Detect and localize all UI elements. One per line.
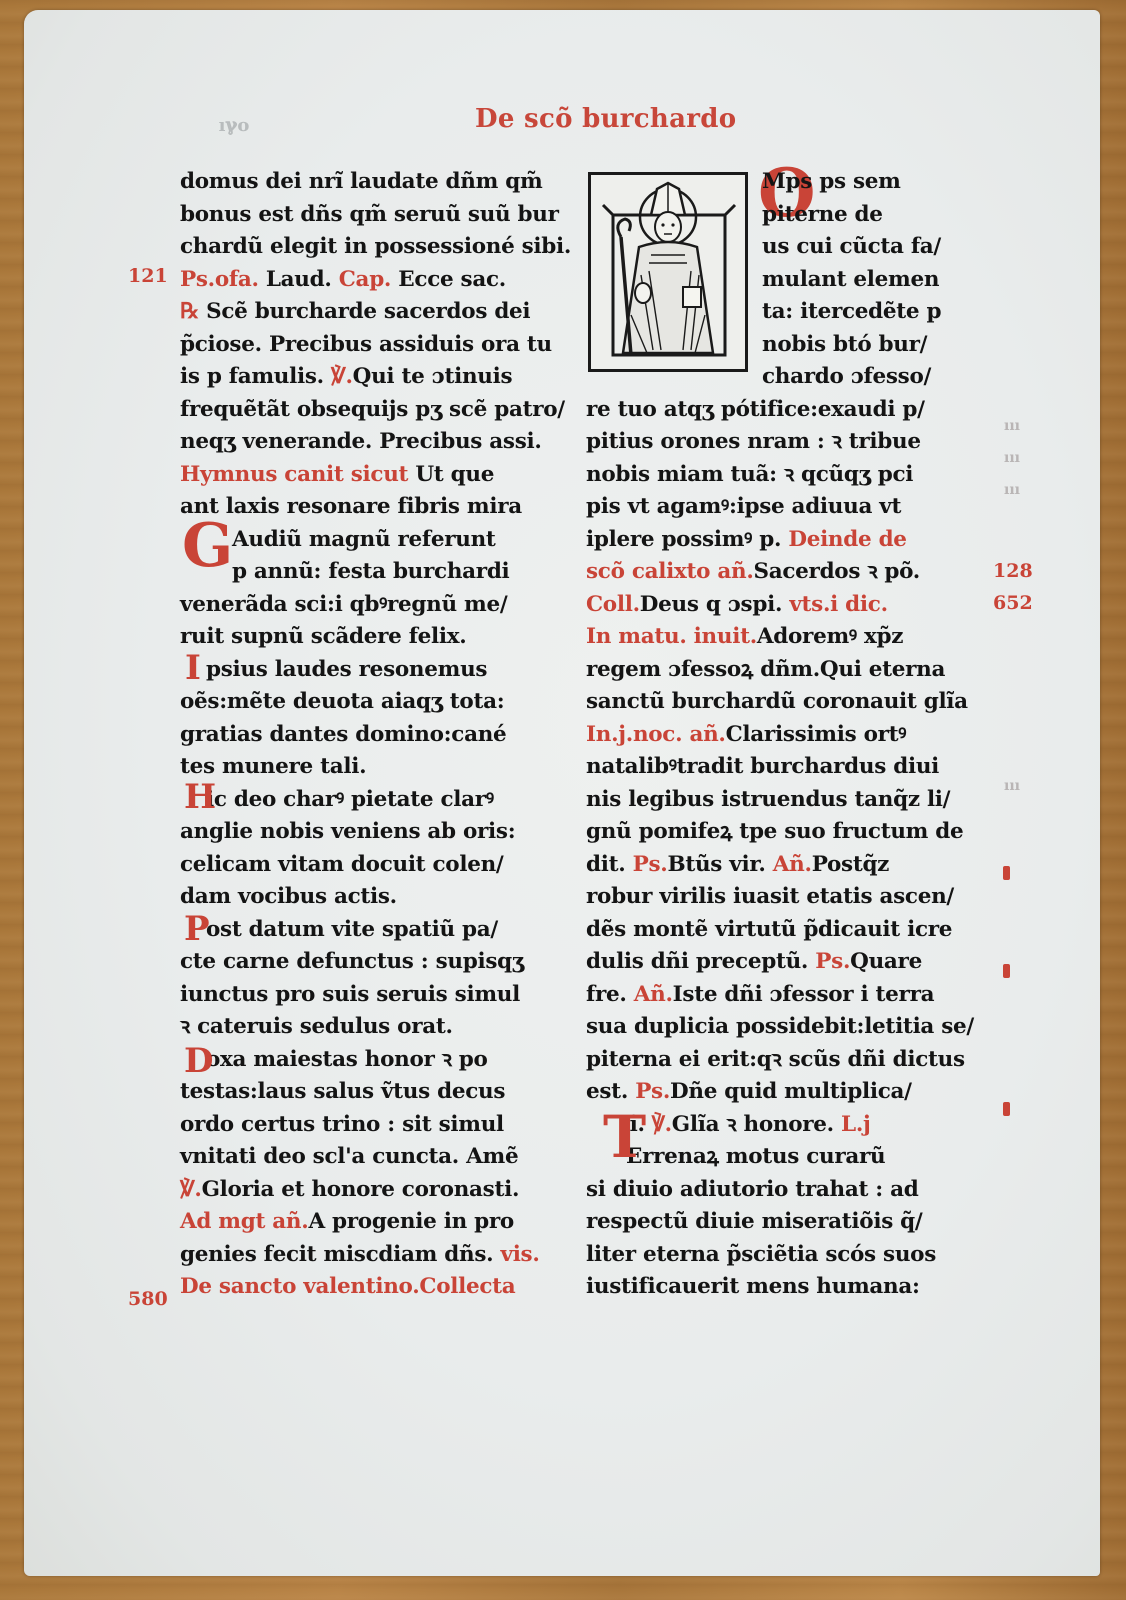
body-text: us cui cũcta fa/ <box>762 234 941 259</box>
text-line: robur virilis iuasit etatis ascen/ <box>586 881 958 914</box>
body-text: domus dei nrĩ laudate dñm qm̃ <box>180 169 542 194</box>
body-text: piterne de <box>762 202 883 227</box>
body-text: frequẽtãt obsequijs pʒ scẽ patro/ <box>180 397 565 422</box>
text-line: regem ɔfessoꝝ dñm.Qui eterna <box>586 654 958 687</box>
rubric-text: Ps. <box>635 1079 670 1104</box>
body-text: ost datum vite spatiũ pa/ <box>206 917 498 942</box>
text-line: ost datum vite spatiũ pa/ <box>180 914 560 947</box>
body-text: oxa maiestas honor ꝛ po <box>206 1047 488 1072</box>
rubric-text: Deinde de <box>788 527 906 552</box>
text-line: dulis dñi preceptũ. Ps.Quare <box>586 946 958 979</box>
rubric-text: L.j <box>841 1112 870 1137</box>
body-text: ordo certus trino : sit simul <box>180 1112 504 1137</box>
text-line: Ps.ofa. Laud. Cap. Ecce sac. <box>180 264 560 297</box>
rubric-text: Coll. <box>586 592 640 617</box>
body-text: sua duplicia possidebit:letitia se/ <box>586 1014 974 1039</box>
text-line: venerãda sci:i qbꝰregnũ me/ <box>180 589 560 622</box>
text-line: In matu. inuit.Adoremꝰ xp̃z <box>586 621 958 654</box>
text-line: oxa maiestas honor ꝛ po <box>180 1044 560 1077</box>
rubric-text: Añ. <box>773 852 812 877</box>
text-line: si diuio adiutorio trahat : ad <box>586 1174 958 1207</box>
body-text: tes munere tali. <box>180 754 366 779</box>
body-text: genies fecit miscdiam dñs. <box>180 1242 501 1267</box>
text-line: ant laxis resonare fibris mira <box>180 491 560 524</box>
text-line: piterne de <box>586 199 958 232</box>
body-text: ta: itercedẽte p <box>762 299 941 324</box>
show-through-mark: ııı <box>1004 418 1020 434</box>
text-line: gnũ pomifeꝝ tpe suo fructum de <box>586 816 958 849</box>
show-through-mark: ııı <box>1004 450 1020 466</box>
body-text: gnũ pomifeꝝ tpe suo fructum de <box>586 819 963 844</box>
text-line: ic deo charꝰ pietate clarꝰ <box>180 784 560 817</box>
text-line: vnitati deo scl'a cuncta. Amẽ <box>180 1141 560 1174</box>
body-text: ic deo charꝰ pietate clarꝰ <box>206 787 494 812</box>
body-text: nis legibus istruendus tanq̃z li/ <box>586 787 950 812</box>
body-text: natalibꝰtradit burchardus diui <box>586 754 939 779</box>
body-text: piterna ei erit:qꝛ scũs dñi dictus <box>586 1047 965 1072</box>
body-text: Ecce sac. <box>391 267 506 292</box>
text-line: Audiũ magnũ referunt <box>180 524 560 557</box>
body-text: nobis miam tuã: ꝛ qcũqʒ pci <box>586 462 913 487</box>
text-line: iplere possimꝰ p. Deinde de <box>586 524 958 557</box>
text-line: De sancto valentino.Collecta <box>180 1271 560 1304</box>
body-text: regem ɔfessoꝝ dñm.Qui eterna <box>586 657 945 682</box>
text-line: testas:laus salus ṽtus decus <box>180 1076 560 1109</box>
body-text: neqʒ venerande. Precibus assi. <box>180 429 542 454</box>
text-line: nis legibus istruendus tanq̃z li/ <box>586 784 958 817</box>
initial-G: G <box>182 516 233 576</box>
rubric-text: Ps.ofa. <box>180 267 259 292</box>
body-text: vnitati deo scl'a cuncta. Amẽ <box>180 1144 518 1169</box>
body-text: robur virilis iuasit etatis ascen/ <box>586 884 954 909</box>
body-text: Mps ps sem <box>762 169 901 194</box>
body-text: anglie nobis veniens ab oris: <box>180 819 515 844</box>
body-text: pis vt agamꝰ:ipse adiuua vt <box>586 494 901 519</box>
body-text: iustificauerit mens humana: <box>586 1274 920 1299</box>
show-through-mark: ııı <box>1004 778 1020 794</box>
rubric-tick <box>1003 866 1010 880</box>
rubric-text: scõ calixto añ. <box>586 559 754 584</box>
running-head: De scõ burchardo <box>475 104 736 134</box>
body-text: testas:laus salus ṽtus decus <box>180 1079 505 1104</box>
left-text-column: domus dei nrĩ laudate dñm qm̃bonus est d… <box>180 166 560 1304</box>
rubric-text: Ps. <box>815 949 850 974</box>
text-line: In.j.noc. añ.Clarissimis ortꝰ <box>586 719 958 752</box>
rubric-text: Hymnus canit sicut <box>180 462 408 487</box>
rubric-text: vis. <box>501 1242 540 1267</box>
rubric-text: vts.i dic. <box>789 592 887 617</box>
body-text: est. <box>586 1079 635 1104</box>
body-text: Btũs vir. <box>667 852 772 877</box>
body-text: dit. <box>586 852 633 877</box>
text-line: nobis miam tuã: ꝛ qcũqʒ pci <box>586 459 958 492</box>
text-line: genies fecit miscdiam dñs. vis. <box>180 1239 560 1272</box>
body-text: respectũ diuie miseratiõis q̃/ <box>586 1209 922 1234</box>
rubric-tick <box>1003 1102 1010 1116</box>
body-text: liter eterna p̃sciẽtia scós suos <box>586 1242 936 1267</box>
rubric-text: ℣. <box>331 364 353 389</box>
body-text: ruit supnũ scãdere felix. <box>180 624 466 649</box>
show-through-folio: ıℽo <box>215 115 249 136</box>
body-text: dẽs montẽ virtutũ p̃dicauit icre <box>586 917 952 942</box>
text-line: oẽs:mẽte deuota aiaqʒ tota: <box>180 686 560 719</box>
body-text: Clarissimis ortꝰ <box>726 722 907 747</box>
body-text: Audiũ magnũ referunt <box>232 527 496 552</box>
text-line: domus dei nrĩ laudate dñm qm̃ <box>180 166 560 199</box>
rubric-text: Ad mgt añ. <box>180 1209 308 1234</box>
body-text: sanctũ burchardũ coronauit glĩa <box>586 689 968 714</box>
text-line: gratias dantes domino:cané <box>180 719 560 752</box>
body-text: Errenaꝝ motus curarũ <box>626 1144 885 1169</box>
text-line: cte carne defunctus : supisqʒ <box>180 946 560 979</box>
text-line: chardo ɔfesso/ <box>586 361 958 394</box>
rubric-text: In.j.noc. añ. <box>586 722 726 747</box>
text-line: pitius orones nram : ꝛ tribue <box>586 426 958 459</box>
rubric-text: Cap. <box>339 267 391 292</box>
body-text: iunctus pro suis seruis simul <box>180 982 520 1007</box>
body-text: nobis btó bur/ <box>762 332 927 357</box>
body-text: is p famulis. <box>180 364 331 389</box>
body-text: gratias dantes domino:cané <box>180 722 506 747</box>
text-line: dẽs montẽ virtutũ p̃dicauit icre <box>586 914 958 947</box>
body-text: Quare <box>850 949 922 974</box>
body-text: cte carne defunctus : supisqʒ <box>180 949 524 974</box>
text-line: neqʒ venerande. Precibus assi. <box>180 426 560 459</box>
body-text: mulant elemen <box>762 267 939 292</box>
text-line: frequẽtãt obsequijs pʒ scẽ patro/ <box>180 394 560 427</box>
margin-number-128: 128 <box>993 560 1033 582</box>
text-line: respectũ diuie miseratiõis q̃/ <box>586 1206 958 1239</box>
body-text: psius laudes resonemus <box>206 657 487 682</box>
body-text: Laud. <box>259 267 339 292</box>
text-line: liter eterna p̃sciẽtia scós suos <box>586 1239 958 1272</box>
text-line: pis vt agamꝰ:ipse adiuua vt <box>586 491 958 524</box>
initial-P: P <box>184 912 210 946</box>
rubric-text: Ps. <box>633 852 668 877</box>
body-text: Ut que <box>408 462 494 487</box>
rubric-text: ℞ <box>180 299 199 324</box>
text-line: Coll.Deus q ɔspi. vts.i dic. <box>586 589 958 622</box>
text-line: natalibꝰtradit burchardus diui <box>586 751 958 784</box>
text-line: Mps ps sem <box>586 166 958 199</box>
text-line: sanctũ burchardũ coronauit glĩa <box>586 686 958 719</box>
body-text: p annũ: festa burchardi <box>232 559 509 584</box>
body-text: p̃ciose. Precibus assiduis ora tu <box>180 332 552 357</box>
body-text: Qui te ɔtinuis <box>353 364 513 389</box>
body-text: Postq̃z <box>812 852 889 877</box>
text-line: mulant elemen <box>586 264 958 297</box>
text-line: fre. Añ.Iste dñi ɔfessor i terra <box>586 979 958 1012</box>
text-line: ta: itercedẽte p <box>586 296 958 329</box>
body-text: Gloria et honore coronasti. <box>202 1177 520 1202</box>
rubric-text: In matu. inuit. <box>586 624 757 649</box>
text-line: ℣.Gloria et honore coronasti. <box>180 1174 560 1207</box>
rubric-text: Añ. <box>634 982 673 1007</box>
body-text: re tuo atqʒ pótifice:exaudi p/ <box>586 397 925 422</box>
body-text: A progenie in pro <box>308 1209 513 1234</box>
initial-H: H <box>184 780 216 814</box>
body-text: chardo ɔfesso/ <box>762 364 931 389</box>
text-line: ordo certus trino : sit simul <box>180 1109 560 1142</box>
text-line: piterna ei erit:qꝛ scũs dñi dictus <box>586 1044 958 1077</box>
initial-D: D <box>184 1044 213 1078</box>
text-line: dam vocibus actis. <box>180 881 560 914</box>
text-line: scõ calixto añ.Sacerdos ꝛ põ. <box>586 556 958 589</box>
margin-number-580: 580 <box>128 1288 168 1310</box>
text-line: tes munere tali. <box>180 751 560 784</box>
body-text: dulis dñi preceptũ. <box>586 949 815 974</box>
margin-number-121: 121 <box>128 265 168 287</box>
initial-I: I <box>185 651 201 685</box>
body-text: bonus est dñs qm̃ seruũ suũ bur <box>180 202 559 227</box>
text-line: ℞ Scẽ burcharde sacerdos dei <box>180 296 560 329</box>
text-line: ruit supnũ scãdere felix. <box>180 621 560 654</box>
text-line: p̃ciose. Precibus assiduis ora tu <box>180 329 560 362</box>
body-text: dam vocibus actis. <box>180 884 397 909</box>
text-line: iustificauerit mens humana: <box>586 1271 958 1304</box>
show-through-mark: ııı <box>1004 482 1020 498</box>
body-text: Sacerdos ꝛ põ. <box>754 559 920 584</box>
text-line: nobis btó bur/ <box>586 329 958 362</box>
body-text: Dñe quid multiplica/ <box>670 1079 912 1104</box>
text-line: us cui cũcta fa/ <box>586 231 958 264</box>
text-line: dit. Ps.Btũs vir. Añ.Postq̃z <box>586 849 958 882</box>
margin-number-652: 652 <box>993 592 1033 614</box>
body-text: venerãda sci:i qbꝰregnũ me/ <box>180 592 507 617</box>
text-line: celicam vitam docuit colen/ <box>180 849 560 882</box>
text-line: psius laudes resonemus <box>180 654 560 687</box>
body-text: chardũ elegit in possessioné sibi. <box>180 234 571 259</box>
body-text: pitius orones nram : ꝛ tribue <box>586 429 921 454</box>
rubric-text: De sancto valentino.Collecta <box>180 1274 515 1299</box>
body-text: Iste dñi ɔfessor i terra <box>673 982 935 1007</box>
body-text: fre. <box>586 982 634 1007</box>
text-line: ꝛ cateruis sedulus orat. <box>180 1011 560 1044</box>
body-text: Adoremꝰ xp̃z <box>757 624 903 649</box>
text-line: Hymnus canit sicut Ut que <box>180 459 560 492</box>
text-line: is p famulis. ℣.Qui te ɔtinuis <box>180 361 560 394</box>
text-line: Ad mgt añ.A progenie in pro <box>180 1206 560 1239</box>
text-line: chardũ elegit in possessioné sibi. <box>180 231 560 264</box>
body-text: oẽs:mẽte deuota aiaqʒ tota: <box>180 689 504 714</box>
text-line: p annũ: festa burchardi <box>180 556 560 589</box>
rubric-tick <box>1003 964 1010 978</box>
body-text: iplere possimꝰ p. <box>586 527 788 552</box>
body-text: si diuio adiutorio trahat : ad <box>586 1177 919 1202</box>
body-text: Deus q ɔspi. <box>640 592 790 617</box>
body-text: Glĩa ꝛ honore. <box>672 1112 841 1137</box>
text-line: anglie nobis veniens ab oris: <box>180 816 560 849</box>
body-text: celicam vitam docuit colen/ <box>180 852 503 877</box>
text-line: bonus est dñs qm̃ seruũ suũ bur <box>180 199 560 232</box>
body-text: ꝛ cateruis sedulus orat. <box>180 1014 453 1039</box>
initial-T: T <box>603 1108 646 1166</box>
rubric-text: ℣. <box>652 1112 672 1137</box>
text-line: iunctus pro suis seruis simul <box>180 979 560 1012</box>
text-line: sua duplicia possidebit:letitia se/ <box>586 1011 958 1044</box>
text-line: re tuo atqʒ pótifice:exaudi p/ <box>586 394 958 427</box>
body-text: Scẽ burcharde sacerdos dei <box>199 299 530 324</box>
rubric-text: ℣. <box>180 1177 202 1202</box>
